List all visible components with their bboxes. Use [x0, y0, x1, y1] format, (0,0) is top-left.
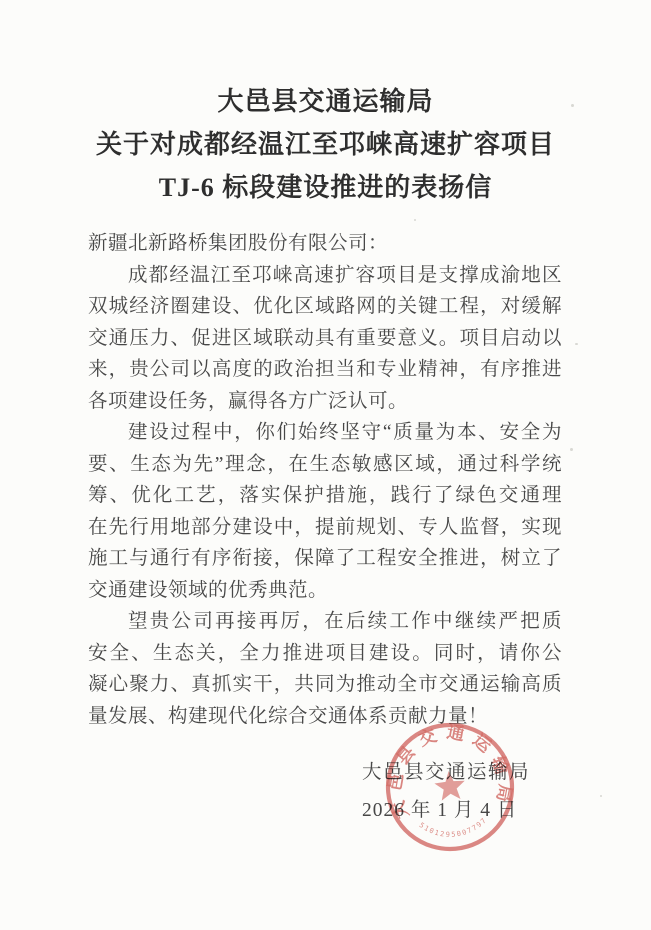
- svg-text:大邑县交通运输局: 大邑县交通运输局: [380, 717, 518, 822]
- scan-speck: [600, 795, 602, 797]
- svg-text:5101295007797: 5101295007797: [417, 815, 490, 841]
- seal-registration-code: 5101295007797: [417, 815, 490, 841]
- paragraph-1-line: 双城经济圈建设、优化区域路网的关键工程，对缓解: [88, 291, 562, 323]
- paragraph-2-line: 筹、优化工艺，落实保护措施，践行了绿色交通理念。: [88, 480, 562, 512]
- paragraph-1-line: 交通压力、促进区域联动具有重要意义。项目启动以: [88, 323, 562, 355]
- paragraph-3-line: 凝心聚力、真抓实干，共同为推动全市交通运输高质: [88, 669, 562, 701]
- title-line-doc-type: TJ-6 标段建设推进的表扬信: [0, 166, 651, 209]
- scanned-letter-page: 大邑县交通运输局 关于对成都经温江至邛崃高速扩容项目 TJ-6 标段建设推进的表…: [0, 0, 651, 930]
- scan-speck: [414, 219, 416, 221]
- scan-speck: [575, 343, 578, 345]
- paragraph-3-line: 安全、生态关，全力推进项目建设。同时，请你公司，: [88, 638, 562, 670]
- paragraph-2-line: 在先行用地部分建设中，提前规划、专人监督，实现: [88, 512, 562, 544]
- paragraph-2-line: 交通建设领域的优秀典范。: [88, 575, 562, 607]
- title-line-subject: 关于对成都经温江至邛崃高速扩容项目: [0, 123, 651, 166]
- seal-ring-text: 大邑县交通运输局: [380, 717, 518, 822]
- scan-speck: [571, 104, 574, 107]
- seal-star-icon: [433, 770, 466, 801]
- letter-body: 新疆北新路桥集团股份有限公司： 成都经温江至邛崃高速扩容项目是支撑成渝地区 双城…: [88, 228, 562, 732]
- paragraph-2-line: 施工与通行有序衔接，保障了工程安全推进，树立了: [88, 543, 562, 575]
- paragraph-1-line: 成都经温江至邛崃高速扩容项目是支撑成渝地区: [88, 260, 562, 292]
- paragraph-2-line: 建设过程中，你们始终坚守“质量为本、安全为: [88, 417, 562, 449]
- title-line-issuer: 大邑县交通运输局: [0, 80, 651, 123]
- paragraph-1-line: 来，贵公司以高度的政治担当和专业精神，有序推进: [88, 354, 562, 386]
- paragraph-2-line: 要、生态为先”理念，在生态敏感区域，通过科学统: [88, 449, 562, 481]
- official-seal: 大邑县交通运输局 5101295007797: [380, 717, 520, 857]
- paragraph-3-line: 望贵公司再接再厉，在后续工作中继续严把质量、: [88, 606, 562, 638]
- scan-speck: [570, 448, 573, 451]
- letter-title: 大邑县交通运输局 关于对成都经温江至邛崃高速扩容项目 TJ-6 标段建设推进的表…: [0, 80, 651, 209]
- salutation: 新疆北新路桥集团股份有限公司：: [88, 228, 562, 260]
- paragraph-1-line: 各项建设任务，赢得各方广泛认可。: [88, 386, 562, 418]
